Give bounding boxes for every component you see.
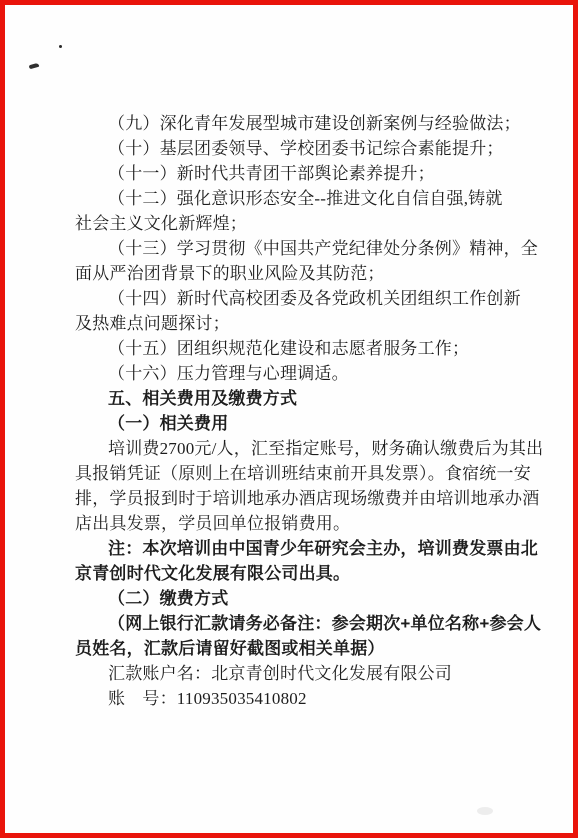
scan-smudge	[477, 807, 493, 815]
text-line: 注：本次培训由中国青少年研究会主办，培训费发票由北	[75, 536, 527, 561]
text-line: 面从严治团背景下的职业风险及其防范；	[75, 261, 527, 286]
text-line: （九）深化青年发展型城市建设创新案例与经验做法；	[75, 111, 527, 136]
text-line: （十二）强化意识形态安全--推进文化自信自强,铸就	[75, 186, 527, 211]
text-line: 员姓名，汇款后请留好截图或相关单据）	[75, 636, 527, 661]
text-line: 及热难点问题探讨；	[75, 311, 527, 336]
text-line: 店出具发票，学员回单位报销费用。	[75, 511, 527, 536]
text-line: （十五）团组织规范化建设和志愿者服务工作；	[75, 336, 527, 361]
text-line: 汇款账户名：北京青创时代文化发展有限公司	[75, 661, 527, 686]
text-line: 五、相关费用及缴费方式	[75, 386, 527, 411]
text-line: （十一）新时代共青团干部舆论素养提升；	[75, 161, 527, 186]
text-line: （十）基层团委领导、学校团委书记综合素能提升；	[75, 136, 527, 161]
scanned-document-page: （九）深化青年发展型城市建设创新案例与经验做法；（十）基层团委领导、学校团委书记…	[0, 0, 578, 838]
text-line: （一）相关费用	[75, 411, 527, 436]
document-body: （九）深化青年发展型城市建设创新案例与经验做法；（十）基层团委领导、学校团委书记…	[75, 111, 527, 711]
text-line: 排，学员报到时于培训地承办酒店现场缴费并由培训地承办酒	[75, 486, 527, 511]
text-line: （十六）压力管理与心理调适。	[75, 361, 527, 386]
text-line: 账 号：110935035410802	[75, 686, 527, 711]
text-line: 培训费2700元/人，汇至指定账号，财务确认缴费后为其出	[75, 436, 527, 461]
ink-speck-dash	[29, 63, 40, 69]
text-line: （十三）学习贯彻《中国共产党纪律处分条例》精神，全	[75, 236, 527, 261]
text-line: 具报销凭证（原则上在培训班结束前开具发票）。食宿统一安	[75, 461, 527, 486]
text-line: 京青创时代文化发展有限公司出具。	[75, 561, 527, 586]
text-line: （二）缴费方式	[75, 586, 527, 611]
text-line: （十四）新时代高校团委及各党政机关团组织工作创新	[75, 286, 527, 311]
text-line: 社会主义文化新辉煌；	[75, 211, 527, 236]
ink-speck-dot	[59, 45, 62, 48]
text-line: （网上银行汇款请务必备注：参会期次+单位名称+参会人	[75, 611, 527, 636]
